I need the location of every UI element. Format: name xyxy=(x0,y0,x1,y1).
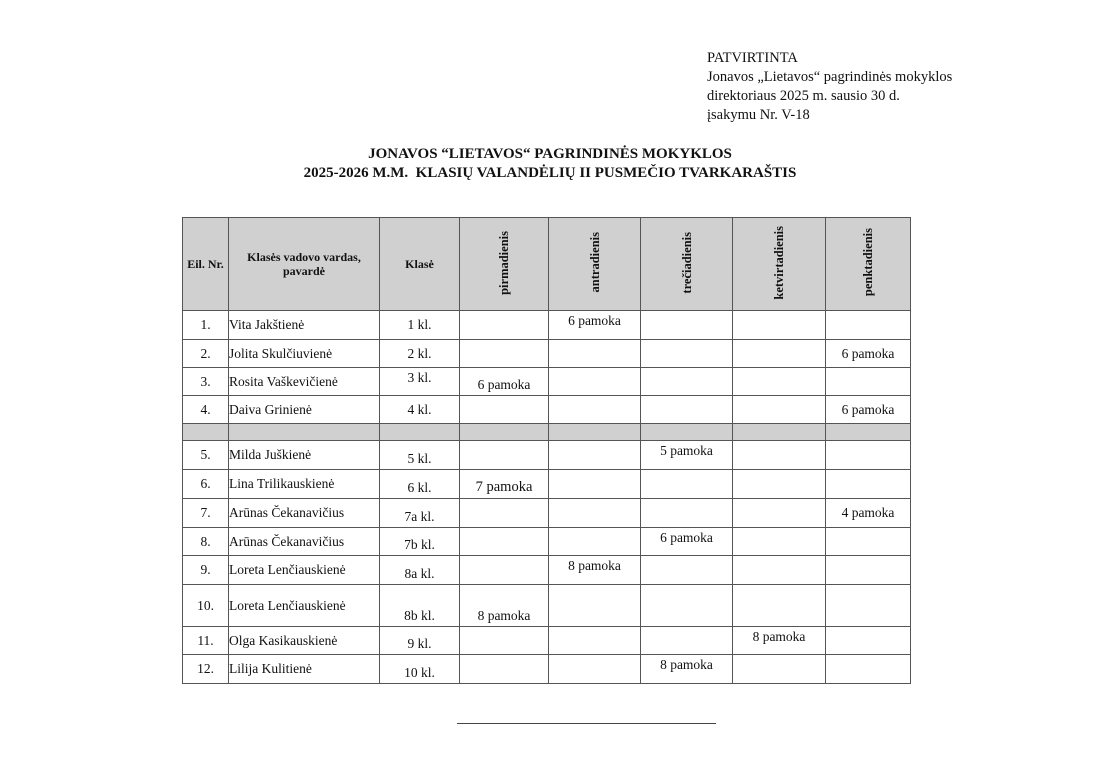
teacher-name: Lilija Kulitienė xyxy=(229,655,380,684)
schedule-cell-trečiadienis xyxy=(641,311,733,340)
schedule-cell-trečiadienis xyxy=(641,340,733,368)
separator-cell xyxy=(826,424,911,441)
header-day: penktadienis xyxy=(826,218,911,311)
schedule-cell-ketvirtadienis xyxy=(733,499,826,528)
row-number: 1. xyxy=(183,311,229,340)
schedule-cell-antradienis xyxy=(549,396,641,424)
schedule-cell-pirmadienis xyxy=(460,528,549,556)
teacher-name: Rosita Vaškevičienė xyxy=(229,368,380,396)
separator-cell xyxy=(549,424,641,441)
schedule-cell-ketvirtadienis xyxy=(733,396,826,424)
teacher-name: Jolita Skulčiuvienė xyxy=(229,340,380,368)
title-line-1: JONAVOS “LIETAVOS“ PAGRINDINĖS MOKYKLOS xyxy=(0,145,1100,164)
schedule-cell-penktadienis xyxy=(826,585,911,627)
schedule-cell-pirmadienis xyxy=(460,311,549,340)
schedule-cell-antradienis xyxy=(549,340,641,368)
separator-cell xyxy=(641,424,733,441)
schedule-cell-ketvirtadienis xyxy=(733,311,826,340)
schedule-cell-ketvirtadienis xyxy=(733,441,826,470)
separator-row xyxy=(183,424,911,441)
schedule-cell-antradienis: 8 pamoka xyxy=(549,556,641,585)
approval-block: PATVIRTINTA Jonavos „Lietavos“ pagrindin… xyxy=(707,49,952,125)
schedule-cell-trečiadienis xyxy=(641,470,733,499)
schedule-cell-penktadienis: 6 pamoka xyxy=(826,340,911,368)
approval-line: įsakymu Nr. V-18 xyxy=(707,106,952,125)
schedule-cell-ketvirtadienis xyxy=(733,585,826,627)
schedule-cell-ketvirtadienis xyxy=(733,368,826,396)
teacher-name: Vita Jakštienė xyxy=(229,311,380,340)
table-row: 11.Olga Kasikauskienė9 kl.8 pamoka xyxy=(183,627,911,655)
table-row: 6.Lina Trilikauskienė6 kl.7 pamoka xyxy=(183,470,911,499)
approval-line: PATVIRTINTA xyxy=(707,49,952,68)
teacher-name: Loreta Lenčiauskienė xyxy=(229,556,380,585)
teacher-name: Daiva Grinienė xyxy=(229,396,380,424)
table-row: 7.Arūnas Čekanavičius7a kl.4 pamoka xyxy=(183,499,911,528)
schedule-cell-ketvirtadienis xyxy=(733,655,826,684)
header-day: ketvirtadienis xyxy=(733,218,826,311)
class-name: 6 kl. xyxy=(380,470,460,499)
schedule-cell-pirmadienis xyxy=(460,441,549,470)
separator-cell xyxy=(183,424,229,441)
schedule-cell-pirmadienis: 6 pamoka xyxy=(460,368,549,396)
schedule-cell-antradienis xyxy=(549,368,641,396)
schedule-table: Eil. Nr. Klasės vadovo vardas, pavardė K… xyxy=(182,217,911,684)
class-name: 7b kl. xyxy=(380,528,460,556)
header-day-label: antradienis xyxy=(588,232,602,292)
approval-line: Jonavos „Lietavos“ pagrindinės mokyklos xyxy=(707,68,952,87)
row-number: 8. xyxy=(183,528,229,556)
schedule-cell-penktadienis xyxy=(826,528,911,556)
table-row: 4.Daiva Grinienė4 kl.6 pamoka xyxy=(183,396,911,424)
row-number: 10. xyxy=(183,585,229,627)
schedule-cell-penktadienis xyxy=(826,556,911,585)
schedule-cell-penktadienis xyxy=(826,441,911,470)
class-name: 1 kl. xyxy=(380,311,460,340)
table-row: 2.Jolita Skulčiuvienė2 kl.6 pamoka xyxy=(183,340,911,368)
header-day: trečiadienis xyxy=(641,218,733,311)
schedule-cell-antradienis xyxy=(549,627,641,655)
teacher-name: Arūnas Čekanavičius xyxy=(229,499,380,528)
teacher-name: Olga Kasikauskienė xyxy=(229,627,380,655)
footer-divider xyxy=(457,723,716,724)
table-row: 9.Loreta Lenčiauskienė8a kl.8 pamoka xyxy=(183,556,911,585)
header-teacher: Klasės vadovo vardas, pavardė xyxy=(229,218,380,311)
separator-cell xyxy=(380,424,460,441)
header-day-label: penktadienis xyxy=(861,228,875,296)
row-number: 5. xyxy=(183,441,229,470)
schedule-cell-pirmadienis xyxy=(460,396,549,424)
schedule-cell-trečiadienis xyxy=(641,368,733,396)
separator-cell xyxy=(229,424,380,441)
schedule-cell-penktadienis xyxy=(826,470,911,499)
schedule-cell-penktadienis: 4 pamoka xyxy=(826,499,911,528)
row-number: 11. xyxy=(183,627,229,655)
header-day: antradienis xyxy=(549,218,641,311)
class-name: 4 kl. xyxy=(380,396,460,424)
separator-cell xyxy=(460,424,549,441)
table-row: 3.Rosita Vaškevičienė3 kl.6 pamoka xyxy=(183,368,911,396)
header-day: pirmadienis xyxy=(460,218,549,311)
schedule-cell-antradienis xyxy=(549,528,641,556)
schedule-cell-trečiadienis xyxy=(641,396,733,424)
class-name: 9 kl. xyxy=(380,627,460,655)
schedule-cell-antradienis xyxy=(549,585,641,627)
row-number: 6. xyxy=(183,470,229,499)
schedule-cell-ketvirtadienis: 8 pamoka xyxy=(733,627,826,655)
schedule-cell-pirmadienis xyxy=(460,556,549,585)
schedule-cell-trečiadienis xyxy=(641,627,733,655)
class-name: 2 kl. xyxy=(380,340,460,368)
schedule-cell-penktadienis xyxy=(826,368,911,396)
class-name: 5 kl. xyxy=(380,441,460,470)
schedule-cell-ketvirtadienis xyxy=(733,556,826,585)
table-row: 5.Milda Juškienė5 kl.5 pamoka xyxy=(183,441,911,470)
schedule-cell-antradienis: 6 pamoka xyxy=(549,311,641,340)
schedule-cell-trečiadienis: 8 pamoka xyxy=(641,655,733,684)
schedule-cell-pirmadienis xyxy=(460,340,549,368)
row-number: 9. xyxy=(183,556,229,585)
schedule-cell-antradienis xyxy=(549,441,641,470)
schedule-cell-pirmadienis xyxy=(460,655,549,684)
approval-line: direktoriaus 2025 m. sausio 30 d. xyxy=(707,87,952,106)
header-day-label: ketvirtadienis xyxy=(772,226,786,300)
title-line-2: 2025-2026 M.M. KLASIŲ VALANDĖLIŲ II PUSM… xyxy=(0,164,1100,183)
header-nr: Eil. Nr. xyxy=(183,218,229,311)
schedule-cell-antradienis xyxy=(549,499,641,528)
separator-cell xyxy=(733,424,826,441)
document-title: JONAVOS “LIETAVOS“ PAGRINDINĖS MOKYKLOS … xyxy=(0,145,1100,183)
teacher-name: Milda Juškienė xyxy=(229,441,380,470)
schedule-cell-trečiadienis xyxy=(641,585,733,627)
schedule-cell-pirmadienis xyxy=(460,627,549,655)
header-day-label: trečiadienis xyxy=(680,232,694,294)
schedule-cell-penktadienis xyxy=(826,627,911,655)
schedule-cell-penktadienis xyxy=(826,655,911,684)
schedule-cell-antradienis xyxy=(549,655,641,684)
header-class: Klasė xyxy=(380,218,460,311)
table-row: 10.Loreta Lenčiauskienė8b kl.8 pamoka xyxy=(183,585,911,627)
header-row: Eil. Nr. Klasės vadovo vardas, pavardė K… xyxy=(183,218,911,311)
class-name: 7a kl. xyxy=(380,499,460,528)
schedule-cell-ketvirtadienis xyxy=(733,528,826,556)
schedule-cell-trečiadienis xyxy=(641,499,733,528)
schedule-cell-antradienis xyxy=(549,470,641,499)
class-name: 8a kl. xyxy=(380,556,460,585)
class-name: 10 kl. xyxy=(380,655,460,684)
teacher-name: Loreta Lenčiauskienė xyxy=(229,585,380,627)
row-number: 3. xyxy=(183,368,229,396)
teacher-name: Arūnas Čekanavičius xyxy=(229,528,380,556)
table-row: 1.Vita Jakštienė1 kl.6 pamoka xyxy=(183,311,911,340)
schedule-cell-ketvirtadienis xyxy=(733,470,826,499)
schedule-cell-ketvirtadienis xyxy=(733,340,826,368)
schedule-cell-penktadienis xyxy=(826,311,911,340)
schedule-cell-trečiadienis: 6 pamoka xyxy=(641,528,733,556)
teacher-name: Lina Trilikauskienė xyxy=(229,470,380,499)
class-name: 3 kl. xyxy=(380,368,460,396)
schedule-cell-pirmadienis xyxy=(460,499,549,528)
class-name: 8b kl. xyxy=(380,585,460,627)
row-number: 4. xyxy=(183,396,229,424)
row-number: 2. xyxy=(183,340,229,368)
schedule-cell-penktadienis: 6 pamoka xyxy=(826,396,911,424)
row-number: 7. xyxy=(183,499,229,528)
schedule-cell-pirmadienis: 7 pamoka xyxy=(460,470,549,499)
schedule-cell-trečiadienis xyxy=(641,556,733,585)
table-row: 8.Arūnas Čekanavičius7b kl.6 pamoka xyxy=(183,528,911,556)
row-number: 12. xyxy=(183,655,229,684)
table-row: 12.Lilija Kulitienė10 kl.8 pamoka xyxy=(183,655,911,684)
header-day-label: pirmadienis xyxy=(497,231,511,295)
schedule-cell-trečiadienis: 5 pamoka xyxy=(641,441,733,470)
schedule-cell-pirmadienis: 8 pamoka xyxy=(460,585,549,627)
